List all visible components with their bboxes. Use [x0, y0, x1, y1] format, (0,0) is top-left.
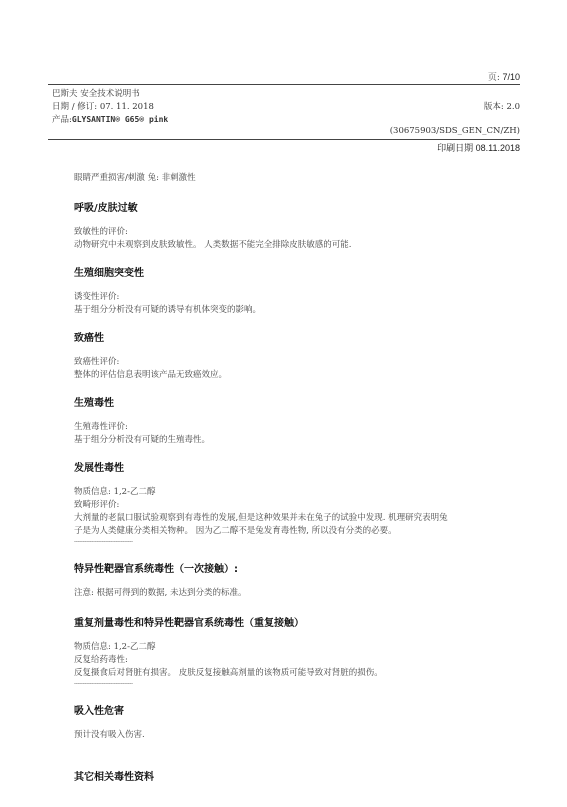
page-label: 页: — [488, 73, 500, 83]
section-heading-developmental-toxicity: 发展性毒性 — [74, 459, 524, 474]
header-rule-top — [48, 84, 520, 85]
section-heading-mutagenicity: 生殖细胞突变性 — [74, 264, 524, 279]
section-text: 诱变性评价: — [74, 291, 524, 304]
section-text: 反复给药毒性: — [74, 654, 524, 667]
section-heading-stot-repeated: 重复剂量毒性和特异性靶器官系统毒性（重复接触） — [74, 614, 524, 629]
page-number: 页: 7/10 — [488, 70, 520, 83]
section-text: 整体的评估信息表明该产品无致癌效应。 — [74, 369, 524, 382]
section-text: 注意: 根据可得到的数据, 未达到分类的标准。 — [74, 587, 524, 600]
eye-damage-text: 眼睛严重损害/刺激 兔: 非刺激性 — [74, 172, 524, 185]
section-text: 基于组分分析没有可疑的生殖毒性。 — [74, 434, 524, 447]
section-heading-aspiration-hazard: 吸入性危害 — [74, 702, 524, 717]
section-text: 物质信息: 1,2-乙二醇 — [74, 486, 524, 499]
section-text: 动物研究中未观察到皮肤致敏性。 人类数据不能完全排除皮肤敏感的可能. — [74, 239, 524, 252]
doc-code: (30675903/SDS_GEN_CN/ZH) — [390, 126, 520, 136]
document-body: 眼睛严重损害/刺激 兔: 非刺激性 呼吸/皮肤过敏 致敏性的评价: 动物研究中未… — [74, 172, 524, 783]
section-text: 预计没有吸入伤害. — [74, 729, 524, 742]
section-text: 基于组分分析没有可疑的诱导有机体突变的影响。 — [74, 304, 524, 317]
section-text: 大剂量的老鼠口服试验观察到有毒性的发展,但是这种效果并未在兔子的试验中发现. 机… — [74, 512, 524, 525]
section-text: 反复摄食后对肾脏有损害。 皮肤反复接触高剂量的该物质可能导致对肾脏的损伤。 — [74, 667, 524, 680]
product-line: 产品:GLYSANTIN® G65® pink — [52, 113, 168, 125]
section-text: 子是为人类健康分类相关物种。 因为乙二醇不是兔发育毒性物, 所以没有分类的必要。 — [74, 525, 524, 538]
company-doc-title: 巴斯夫 安全技术说明书 — [52, 87, 140, 99]
product-name: GLYSANTIN® G65® pink — [72, 115, 168, 124]
section-heading-stot-single: 特异性靶器官系统毒性（一次接触）: — [74, 560, 524, 575]
section-heading-reproductive-toxicity: 生殖毒性 — [74, 394, 524, 409]
print-date: 印刷日期 08.11.2018 — [437, 141, 520, 154]
section-text: 致癌性评价: — [74, 356, 524, 369]
section-heading-other-toxicity-info: 其它相关毒性资料 — [74, 768, 524, 783]
product-label: 产品: — [52, 115, 72, 125]
separator-dashes: ---------------------------------- — [74, 538, 524, 546]
page-number-value: 7/10 — [502, 72, 520, 82]
section-text: 物质信息: 1,2-乙二醇 — [74, 641, 524, 654]
section-text: 致敏性的评价: — [74, 226, 524, 239]
separator-dashes: ---------------------------------- — [74, 680, 524, 688]
section-text: 生殖毒性评价: — [74, 421, 524, 434]
header-rule-bottom — [48, 139, 520, 140]
version: 版本: 2.0 — [484, 100, 520, 112]
section-heading-carcinogenicity: 致癌性 — [74, 329, 524, 344]
section-text: 致畸形评价: — [74, 499, 524, 512]
date-revision: 日期 / 修订: 07. 11. 2018 — [52, 100, 154, 112]
section-heading-sensitization: 呼吸/皮肤过敏 — [74, 199, 524, 214]
